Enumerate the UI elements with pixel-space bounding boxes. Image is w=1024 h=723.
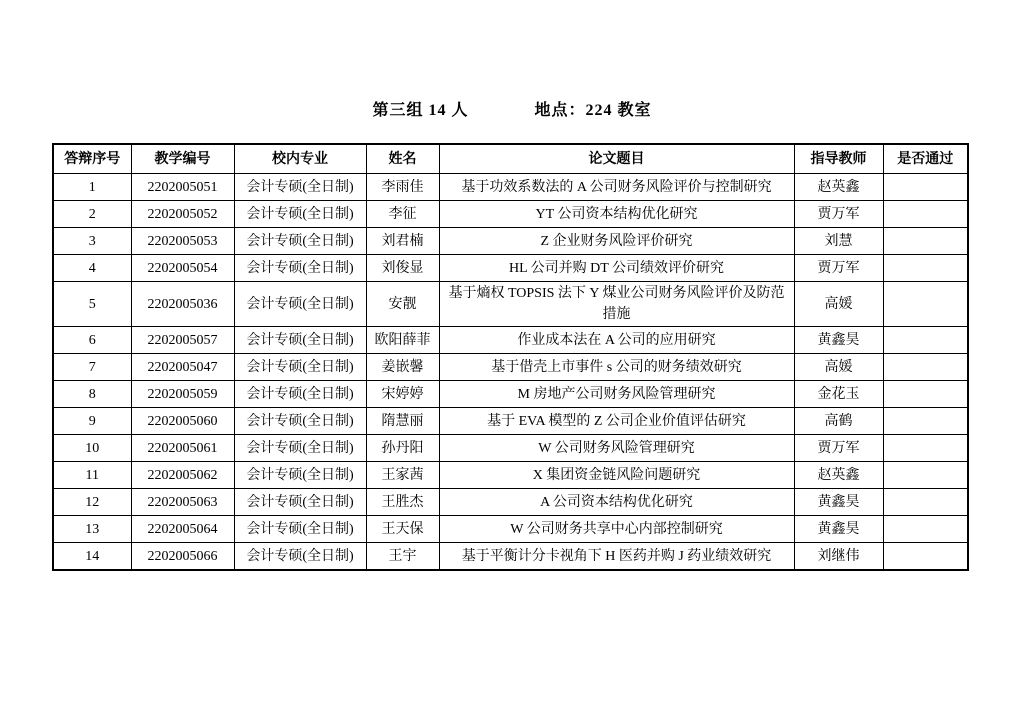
cell-advisor: 贾万军	[794, 435, 883, 462]
table-row: 102202005061会计专硕(全日制)孙丹阳W 公司财务风险管理研究贾万军	[53, 435, 968, 462]
cell-advisor: 高媛	[794, 354, 883, 381]
cell-student-name: 刘俊显	[366, 255, 439, 282]
cell-major: 会计专硕(全日制)	[234, 201, 366, 228]
cell-major: 会计专硕(全日制)	[234, 435, 366, 462]
table-row: 12202005051会计专硕(全日制)李雨佳基于功效系数法的 A 公司财务风险…	[53, 174, 968, 201]
cell-pass-status	[883, 327, 968, 354]
cell-major: 会计专硕(全日制)	[234, 327, 366, 354]
cell-student-name: 王天保	[366, 516, 439, 543]
table-row: 32202005053会计专硕(全日制)刘君楠Z 企业财务风险评价研究刘慧	[53, 228, 968, 255]
cell-student-name: 李雨佳	[366, 174, 439, 201]
cell-defense-no: 7	[53, 354, 131, 381]
cell-student-id: 2202005062	[131, 462, 234, 489]
cell-advisor: 赵英鑫	[794, 174, 883, 201]
cell-thesis-title: W 公司财务风险管理研究	[439, 435, 794, 462]
cell-thesis-title: A 公司资本结构优化研究	[439, 489, 794, 516]
cell-pass-status	[883, 201, 968, 228]
cell-pass-status	[883, 408, 968, 435]
cell-advisor: 黄鑫昊	[794, 516, 883, 543]
column-header-student-id: 教学编号	[131, 144, 234, 174]
cell-student-name: 李征	[366, 201, 439, 228]
table-row: 52202005036会计专硕(全日制)安靓基于熵权 TOPSIS 法下 Y 煤…	[53, 282, 968, 327]
cell-defense-no: 6	[53, 327, 131, 354]
column-header-defense-no: 答辩序号	[53, 144, 131, 174]
cell-student-name: 安靓	[366, 282, 439, 327]
cell-student-id: 2202005057	[131, 327, 234, 354]
cell-pass-status	[883, 489, 968, 516]
header-row: 答辩序号教学编号校内专业姓名论文题目指导教师是否通过	[53, 144, 968, 174]
cell-student-name: 孙丹阳	[366, 435, 439, 462]
document-title: 第三组 14 人 地点：224 教室	[0, 97, 1024, 120]
table-row: 112202005062会计专硕(全日制)王家茜X 集团资金链风险问题研究赵英鑫	[53, 462, 968, 489]
cell-thesis-title: M 房地产公司财务风险管理研究	[439, 381, 794, 408]
cell-advisor: 刘继伟	[794, 543, 883, 571]
cell-student-id: 2202005053	[131, 228, 234, 255]
cell-advisor: 黄鑫昊	[794, 489, 883, 516]
cell-advisor: 贾万军	[794, 201, 883, 228]
cell-student-name: 隋慧丽	[366, 408, 439, 435]
cell-student-id: 2202005063	[131, 489, 234, 516]
cell-thesis-title: 基于平衡计分卡视角下 H 医药并购 J 药业绩效研究	[439, 543, 794, 571]
table-row: 122202005063会计专硕(全日制)王胜杰A 公司资本结构优化研究黄鑫昊	[53, 489, 968, 516]
cell-student-id: 2202005061	[131, 435, 234, 462]
cell-thesis-title: X 集团资金链风险问题研究	[439, 462, 794, 489]
cell-defense-no: 13	[53, 516, 131, 543]
cell-thesis-title: 基于熵权 TOPSIS 法下 Y 煤业公司财务风险评价及防范措施	[439, 282, 794, 327]
cell-advisor: 金花玉	[794, 381, 883, 408]
cell-defense-no: 10	[53, 435, 131, 462]
cell-student-name: 姜嵌馨	[366, 354, 439, 381]
document-page: 第三组 14 人 地点：224 教室 答辩序号教学编号校内专业姓名论文题目指导教…	[0, 0, 1024, 723]
table-row: 42202005054会计专硕(全日制)刘俊显HL 公司并购 DT 公司绩效评价…	[53, 255, 968, 282]
cell-student-id: 2202005052	[131, 201, 234, 228]
cell-major: 会计专硕(全日制)	[234, 543, 366, 571]
cell-advisor: 高鹤	[794, 408, 883, 435]
cell-major: 会计专硕(全日制)	[234, 516, 366, 543]
cell-major: 会计专硕(全日制)	[234, 174, 366, 201]
cell-major: 会计专硕(全日制)	[234, 381, 366, 408]
table-row: 142202005066会计专硕(全日制)王宇基于平衡计分卡视角下 H 医药并购…	[53, 543, 968, 571]
cell-major: 会计专硕(全日制)	[234, 354, 366, 381]
cell-major: 会计专硕(全日制)	[234, 255, 366, 282]
location-label: 地点：224 教室	[535, 97, 652, 120]
cell-defense-no: 9	[53, 408, 131, 435]
cell-defense-no: 14	[53, 543, 131, 571]
cell-student-id: 2202005051	[131, 174, 234, 201]
cell-student-name: 欧阳薛菲	[366, 327, 439, 354]
cell-major: 会计专硕(全日制)	[234, 282, 366, 327]
cell-pass-status	[883, 354, 968, 381]
cell-student-name: 宋婷婷	[366, 381, 439, 408]
defense-roster-table: 答辩序号教学编号校内专业姓名论文题目指导教师是否通过 12202005051会计…	[52, 143, 969, 571]
cell-student-id: 2202005060	[131, 408, 234, 435]
cell-pass-status	[883, 462, 968, 489]
table-row: 62202005057会计专硕(全日制)欧阳薛菲作业成本法在 A 公司的应用研究…	[53, 327, 968, 354]
cell-pass-status	[883, 282, 968, 327]
cell-thesis-title: HL 公司并购 DT 公司绩效评价研究	[439, 255, 794, 282]
column-header-pass-status: 是否通过	[883, 144, 968, 174]
cell-major: 会计专硕(全日制)	[234, 228, 366, 255]
cell-thesis-title: YT 公司资本结构优化研究	[439, 201, 794, 228]
table-body: 12202005051会计专硕(全日制)李雨佳基于功效系数法的 A 公司财务风险…	[53, 174, 968, 571]
cell-pass-status	[883, 228, 968, 255]
cell-defense-no: 1	[53, 174, 131, 201]
cell-pass-status	[883, 174, 968, 201]
cell-thesis-title: Z 企业财务风险评价研究	[439, 228, 794, 255]
cell-student-id: 2202005059	[131, 381, 234, 408]
table-row: 132202005064会计专硕(全日制)王天保W 公司财务共享中心内部控制研究…	[53, 516, 968, 543]
cell-pass-status	[883, 543, 968, 571]
cell-major: 会计专硕(全日制)	[234, 462, 366, 489]
cell-student-name: 刘君楠	[366, 228, 439, 255]
cell-student-name: 王家茜	[366, 462, 439, 489]
cell-student-name: 王宇	[366, 543, 439, 571]
cell-thesis-title: 基于借壳上市事件 s 公司的财务绩效研究	[439, 354, 794, 381]
cell-student-name: 王胜杰	[366, 489, 439, 516]
group-label: 第三组 14 人	[372, 97, 468, 120]
cell-advisor: 赵英鑫	[794, 462, 883, 489]
cell-advisor: 高媛	[794, 282, 883, 327]
cell-thesis-title: 基于 EVA 模型的 Z 公司企业价值评估研究	[439, 408, 794, 435]
cell-major: 会计专硕(全日制)	[234, 408, 366, 435]
cell-defense-no: 11	[53, 462, 131, 489]
cell-advisor: 贾万军	[794, 255, 883, 282]
cell-defense-no: 5	[53, 282, 131, 327]
cell-advisor: 刘慧	[794, 228, 883, 255]
cell-advisor: 黄鑫昊	[794, 327, 883, 354]
cell-pass-status	[883, 435, 968, 462]
table-row: 92202005060会计专硕(全日制)隋慧丽基于 EVA 模型的 Z 公司企业…	[53, 408, 968, 435]
column-header-advisor: 指导教师	[794, 144, 883, 174]
table-row: 72202005047会计专硕(全日制)姜嵌馨基于借壳上市事件 s 公司的财务绩…	[53, 354, 968, 381]
cell-defense-no: 3	[53, 228, 131, 255]
cell-pass-status	[883, 255, 968, 282]
cell-defense-no: 8	[53, 381, 131, 408]
column-header-thesis-title: 论文题目	[439, 144, 794, 174]
cell-pass-status	[883, 516, 968, 543]
table-row: 22202005052会计专硕(全日制)李征YT 公司资本结构优化研究贾万军	[53, 201, 968, 228]
cell-major: 会计专硕(全日制)	[234, 489, 366, 516]
table-row: 82202005059会计专硕(全日制)宋婷婷M 房地产公司财务风险管理研究金花…	[53, 381, 968, 408]
cell-defense-no: 4	[53, 255, 131, 282]
column-header-major: 校内专业	[234, 144, 366, 174]
cell-student-id: 2202005066	[131, 543, 234, 571]
cell-student-id: 2202005036	[131, 282, 234, 327]
cell-defense-no: 12	[53, 489, 131, 516]
cell-student-id: 2202005047	[131, 354, 234, 381]
cell-thesis-title: W 公司财务共享中心内部控制研究	[439, 516, 794, 543]
cell-defense-no: 2	[53, 201, 131, 228]
cell-thesis-title: 作业成本法在 A 公司的应用研究	[439, 327, 794, 354]
cell-student-id: 2202005064	[131, 516, 234, 543]
cell-pass-status	[883, 381, 968, 408]
cell-student-id: 2202005054	[131, 255, 234, 282]
cell-thesis-title: 基于功效系数法的 A 公司财务风险评价与控制研究	[439, 174, 794, 201]
column-header-student-name: 姓名	[366, 144, 439, 174]
